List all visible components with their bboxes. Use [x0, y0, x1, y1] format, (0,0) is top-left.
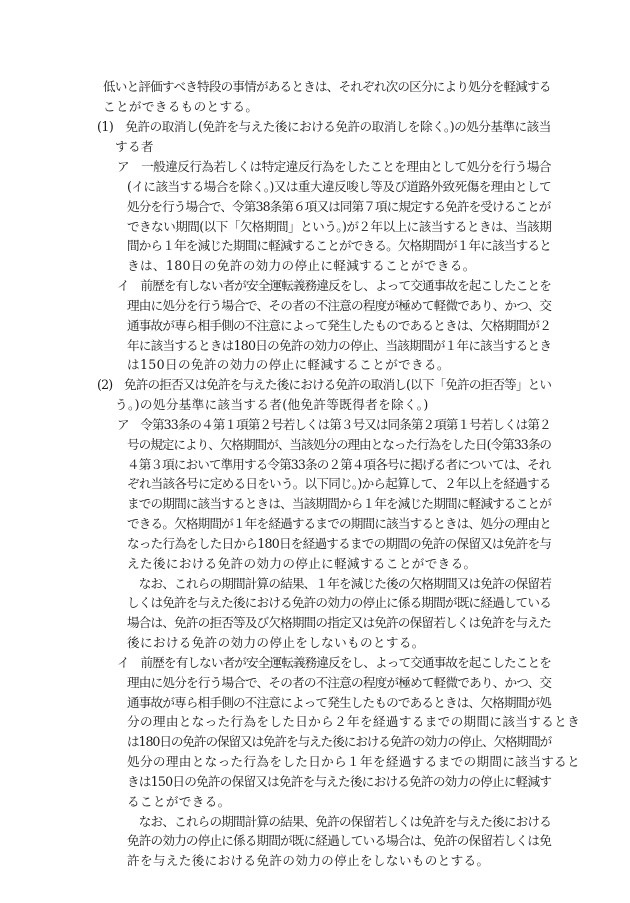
text-line: 間から１年を減じた期間に軽減することができる。欠格期間が１年に該当すると: [127, 239, 551, 253]
text-line: する者: [115, 140, 154, 154]
text-line: できる。欠格期間が１年を経過するまでの期間に該当するときは、処分の理由と: [127, 517, 551, 531]
text-line: 処分を行う場合で、令第38条第６項又は同第７項に規定する免許を受けることが: [127, 200, 551, 214]
text-line: は180日の免許の保留又は免許を与えた後における免許の効力の停止、欠格期間が: [127, 735, 551, 749]
text-line: 理由に処分を行う場合で、その者の不注意の程度が極めて軽微であり、かつ、交: [127, 299, 551, 313]
text-line: 許を与えた後における免許の効力の停止をしないものとする。: [127, 854, 489, 868]
text-line: 免許の効力の停止に係る期間が既に経過している場合は、免許の保留若しくは免: [127, 834, 551, 848]
text-line: 低いと評価すべき特段の事情があるときは、それぞれ次の区分により処分を軽減する: [103, 80, 551, 94]
text-line: なお、これらの期間計算の結果、１年を減じた後の欠格期間又は免許の保留若: [127, 577, 551, 591]
text-line: ることができる。: [127, 795, 231, 809]
text-line: ことができるものとする。: [103, 100, 258, 114]
text-line: なお、これらの期間計算の結果、免許の保留若しくは免許を与えた後における: [127, 815, 551, 829]
text-line: できない期間(以下「欠格期間」という。)が２年以上に該当するときは、当該期: [127, 220, 551, 234]
text-line: 理由に処分を行う場合で、その者の不注意の程度が極めて軽微であり、かつ、交: [127, 676, 551, 690]
text-line: 通事故が専ら相手側の不注意によって発生したものであるときは、欠格期間が処: [127, 696, 551, 710]
text-line: えた後における免許の効力の停止に軽減することができる。: [127, 557, 476, 571]
text-line: しくは免許を与えた後における免許の効力の停止に係る期間が既に経過している: [127, 596, 551, 610]
text-line: 号の規定により、欠格期間が、当該処分の理由となった行為をした日(令第33条の: [127, 438, 551, 452]
text-line: (イに該当する場合を除く。)又は重大違反唆し等及び道路外致死傷を理由として: [127, 180, 551, 194]
document-page: 低いと評価すべき特段の事情があるときは、それぞれ次の区分により処分を軽減すること…: [0, 0, 630, 903]
text-line: (1) 免許の取消し(免許を与えた後における免許の取消しを除く。)の処分基準に該…: [97, 120, 551, 134]
text-line: (2) 免許の拒否又は免許を与えた後における免許の取消し(以下「免許の拒否等」と…: [97, 378, 551, 392]
text-line: イ 前歴を有しない者が安全運転義務違反をし、よって交通事故を起こしたことを: [117, 656, 551, 670]
text-line: きは150日の免許の保留又は免許を与えた後における免許の効力の停止に軽減す: [127, 775, 551, 789]
text-line: イ 前歴を有しない者が安全運転義務違反をし、よって交通事故を起こしたことを: [117, 279, 551, 293]
text-line: ア 令第33条の４第１項第２号若しくは第３号又は同条第２項第１号若しくは第２: [117, 418, 551, 432]
text-line: 年に該当するときは180日の免許の効力の停止、当該期間が１年に該当するとき: [127, 339, 551, 353]
text-line: 処分の理由となった行為をした日から１年を経過するまでの期間に該当すると: [127, 755, 580, 769]
text-line: 場合は、免許の拒否等及び欠格期間の指定又は免許の保留若しくは免許を与えた: [127, 616, 551, 630]
text-line: ４第３項において準用する令第33条の２第４項各号に掲げる者については、それ: [127, 458, 551, 472]
text-line: きは、180日の免許の効力の停止に軽減することができる。: [127, 259, 476, 273]
text-line: 分の理由となった行為をした日から２年を経過するまでの期間に該当するとき: [127, 715, 580, 729]
text-line: 通事故が専ら相手側の不注意によって発生したものであるときは、欠格期間が２: [127, 319, 551, 333]
text-line: ア 一般違反行為若しくは特定違反行為をしたことを理由として処分を行う場合: [117, 160, 551, 174]
text-line: までの期間に該当するときは、当該期間から１年を減じた期間に軽減することが: [127, 497, 551, 511]
text-line: なった行為をした日から180日を経過するまでの期間の免許の保留又は免許を与: [127, 537, 551, 551]
text-line: う。)の処分基準に該当する者(他免許等既得者を除く。): [115, 398, 429, 412]
text-line: は150日の免許の効力の停止に軽減することができる。: [127, 358, 450, 372]
text-line: 後における免許の効力の停止をしないものとする。: [127, 636, 425, 650]
text-line: ぞれ当該各号に定める日をいう。以下同じ。)から起算して、２年以上を経過する: [127, 477, 551, 491]
